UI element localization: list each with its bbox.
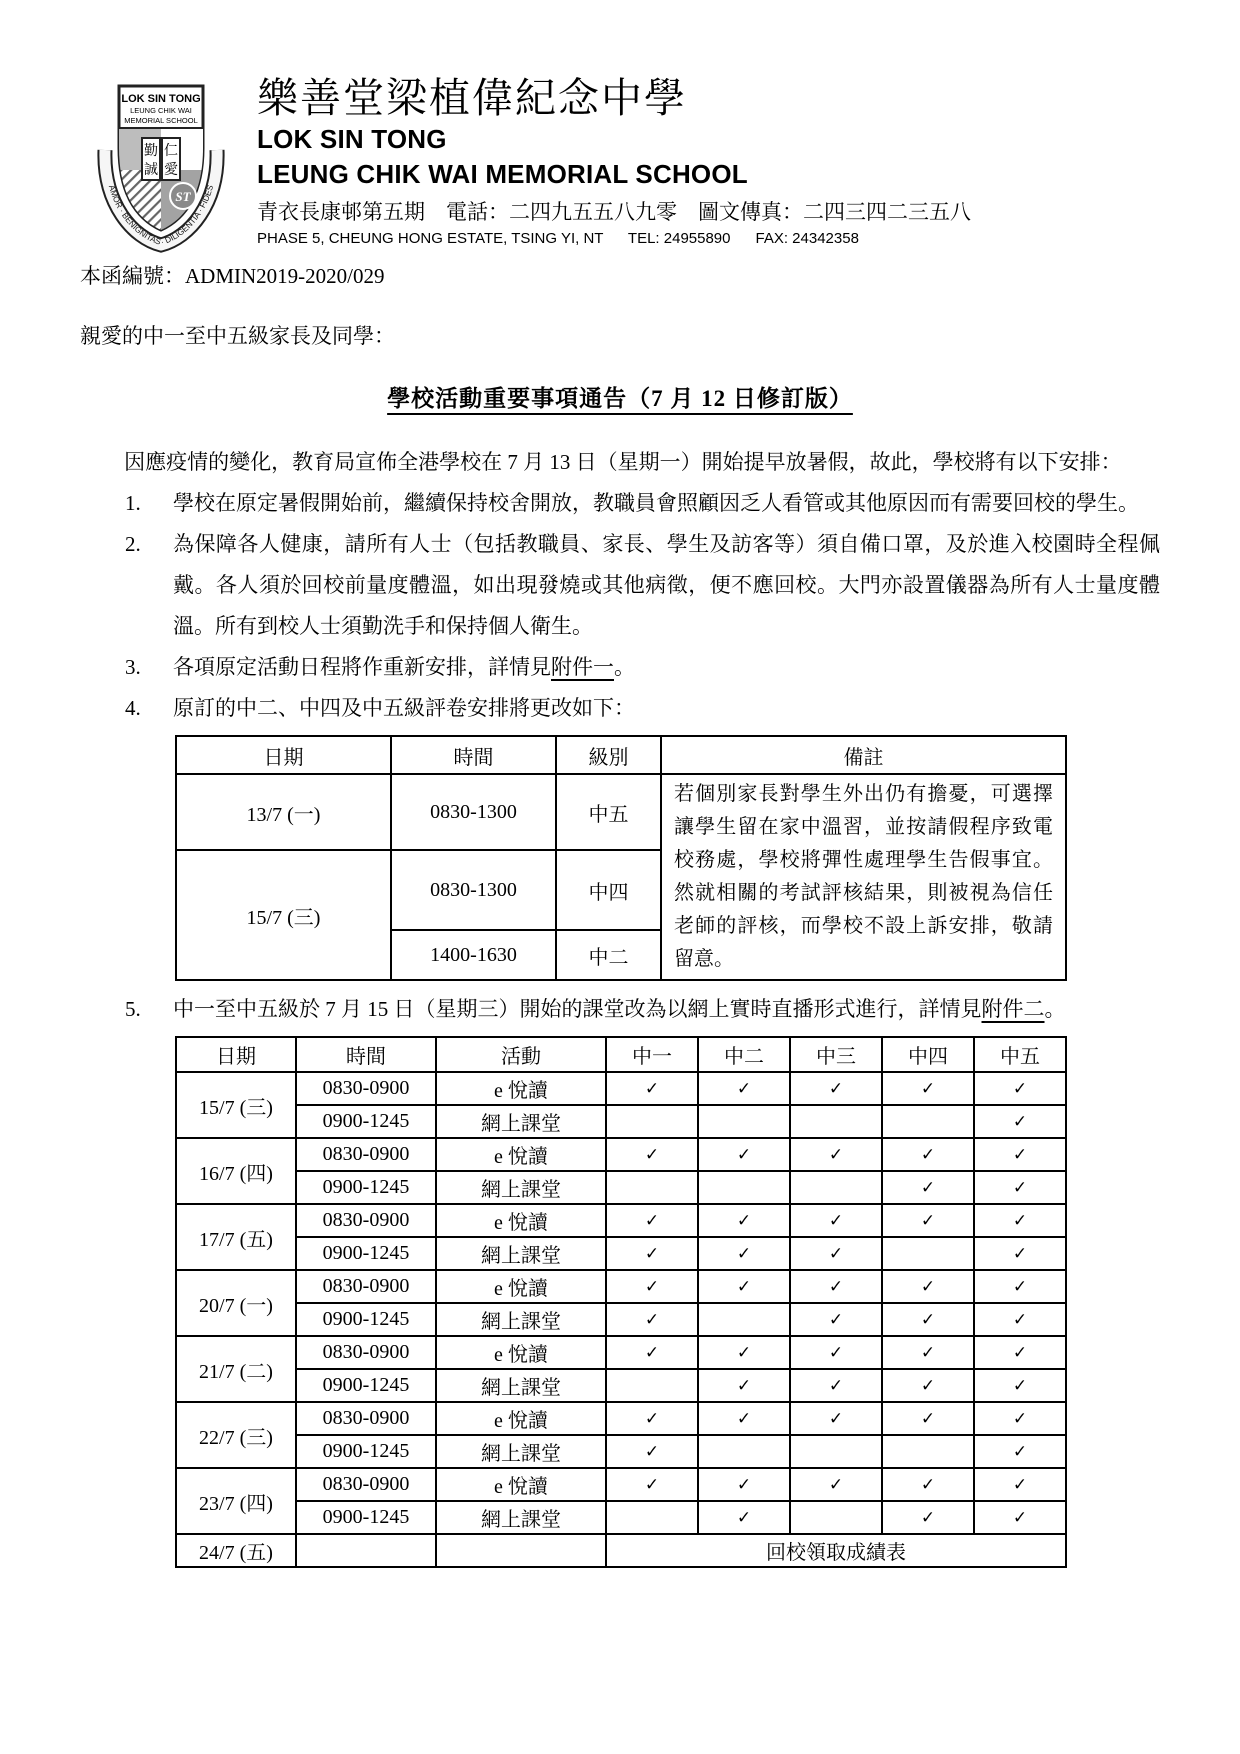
list-item-1: 1. 學校在原定暑假開始前，繼續保持校舍開放，教職員會照顧因乏人看管或其他原因而… bbox=[125, 483, 1160, 524]
item-text-segment: 。 bbox=[614, 655, 635, 679]
time-cell: 0830-0900 bbox=[296, 1138, 436, 1171]
checkmark-cell: ✓ bbox=[974, 1303, 1066, 1336]
item-text: 各項原定活動日程將作重新安排，詳情見附件一。 bbox=[173, 647, 1160, 688]
checkmark-cell: ✓ bbox=[882, 1270, 974, 1303]
table-header-row: 日期時間活動中一中二中三中四中五 bbox=[176, 1037, 1066, 1072]
checkmark-cell: ✓ bbox=[882, 1501, 974, 1534]
attachment-link: 附件二 bbox=[982, 997, 1045, 1021]
checkmark-cell: ✓ bbox=[974, 1501, 1066, 1534]
crest-char-2: 誠 bbox=[144, 162, 158, 178]
crest-text-line2: LEUNG CHIK WAI bbox=[130, 106, 192, 115]
checkmark-cell: ✓ bbox=[882, 1402, 974, 1435]
time-cell: 0900-1245 bbox=[296, 1369, 436, 1402]
item-text: 原訂的中二、中四及中五級評卷安排將更改如下： bbox=[173, 688, 1160, 729]
column-header: 中四 bbox=[882, 1037, 974, 1072]
item-text: 為保障各人健康，請所有人士（包括教職員、家長、學生及訪客等）須自備口罩，及於進入… bbox=[173, 524, 1160, 647]
school-header: LOK SIN TONG LEUNG CHIK WAI MEMORIAL SCH… bbox=[0, 0, 1240, 254]
grade-cell: 中五 bbox=[556, 774, 661, 850]
time-cell: 0900-1245 bbox=[296, 1171, 436, 1204]
item-number: 3. bbox=[125, 647, 173, 688]
time-cell: 0830-0900 bbox=[296, 1204, 436, 1237]
grade-cell: 中二 bbox=[556, 930, 661, 980]
activity-cell: e 悅讀 bbox=[436, 1072, 606, 1105]
activity-cell: e 悅讀 bbox=[436, 1204, 606, 1237]
checkmark-cell: ✓ bbox=[606, 1468, 698, 1501]
item-text-segment: 學校在原定暑假開始前，繼續保持校舍開放，教職員會照顧因乏人看管或其他原因而有需要… bbox=[173, 491, 1139, 515]
date-cell: 15/7 (三) bbox=[176, 1072, 296, 1138]
empty-check-cell bbox=[698, 1171, 790, 1204]
online-lesson-schedule-table: 日期時間活動中一中二中三中四中五 15/7 (三)0830-0900e 悅讀✓✓… bbox=[175, 1036, 1067, 1568]
item-text-segment: 。 bbox=[1045, 997, 1066, 1021]
date-cell: 17/7 (五) bbox=[176, 1204, 296, 1270]
empty-check-cell bbox=[606, 1171, 698, 1204]
activity-cell: e 悅讀 bbox=[436, 1402, 606, 1435]
checkmark-cell: ✓ bbox=[790, 1270, 882, 1303]
school-name-zh: 樂善堂梁植偉紀念中學 bbox=[257, 76, 971, 122]
empty-check-cell bbox=[606, 1105, 698, 1138]
activity-cell: 網上課堂 bbox=[436, 1369, 606, 1402]
time-cell: 0830-0900 bbox=[296, 1468, 436, 1501]
time-cell: 0900-1245 bbox=[296, 1105, 436, 1138]
list-item-4: 4. 原訂的中二、中四及中五級評卷安排將更改如下： bbox=[125, 688, 1160, 729]
crest-char-3: 仁 bbox=[164, 143, 178, 159]
item-number: 5. bbox=[125, 989, 173, 1030]
date-cell: 24/7 (五) bbox=[176, 1534, 296, 1567]
school-name-en-line1: LOK SIN TONG bbox=[257, 122, 971, 157]
schedule-row: 0900-1245網上課堂✓✓✓ bbox=[176, 1501, 1066, 1534]
checkmark-cell: ✓ bbox=[698, 1369, 790, 1402]
schedule-row: 0900-1245網上課堂✓✓✓✓ bbox=[176, 1369, 1066, 1402]
checkmark-cell: ✓ bbox=[882, 1336, 974, 1369]
checkmark-cell: ✓ bbox=[698, 1402, 790, 1435]
crest-char-1: 勤 bbox=[144, 142, 158, 159]
time-cell: 0830-0900 bbox=[296, 1402, 436, 1435]
checkmark-cell: ✓ bbox=[790, 1303, 882, 1336]
school-header-text: 樂善堂梁植偉紀念中學 LOK SIN TONG LEUNG CHIK WAI M… bbox=[257, 76, 971, 247]
empty-check-cell bbox=[790, 1105, 882, 1138]
checkmark-cell: ✓ bbox=[974, 1402, 1066, 1435]
checkmark-cell: ✓ bbox=[974, 1468, 1066, 1501]
activity-cell: 網上課堂 bbox=[436, 1303, 606, 1336]
checkmark-cell: ✓ bbox=[790, 1336, 882, 1369]
empty-check-cell bbox=[882, 1105, 974, 1138]
checkmark-cell: ✓ bbox=[974, 1105, 1066, 1138]
column-header: 日期 bbox=[176, 1037, 296, 1072]
time-cell: 0830-1300 bbox=[391, 850, 556, 930]
checkmark-cell: ✓ bbox=[698, 1270, 790, 1303]
activity-cell bbox=[436, 1534, 606, 1567]
empty-check-cell bbox=[790, 1171, 882, 1204]
activity-cell: 網上課堂 bbox=[436, 1105, 606, 1138]
checkmark-cell: ✓ bbox=[606, 1336, 698, 1369]
assessment-arrangement-table: 日期時間級別備註 13/7 (一)0830-1300中五若個別家長對學生外出仍有… bbox=[175, 735, 1067, 981]
schedule-row: 15/7 (三)0830-0900e 悅讀✓✓✓✓✓ bbox=[176, 1072, 1066, 1105]
schedule-row: 0900-1245網上課堂✓ bbox=[176, 1105, 1066, 1138]
column-header: 時間 bbox=[391, 736, 556, 774]
checkmark-cell: ✓ bbox=[790, 1072, 882, 1105]
time-cell: 0830-0900 bbox=[296, 1270, 436, 1303]
empty-check-cell bbox=[882, 1435, 974, 1468]
remark-cell: 若個別家長對學生外出仍有擔憂，可選擇讓學生留在家中溫習，並按請假程序致電校務處，… bbox=[661, 774, 1066, 980]
item-number: 1. bbox=[125, 483, 173, 524]
schedule-row: 0900-1245網上課堂✓✓✓✓ bbox=[176, 1303, 1066, 1336]
checkmark-cell: ✓ bbox=[698, 1237, 790, 1270]
schedule-row: 0900-1245網上課堂✓✓ bbox=[176, 1171, 1066, 1204]
notice-title: 學校活動重要事項通告（7 月 12 日修訂版） bbox=[387, 386, 853, 411]
checkmark-cell: ✓ bbox=[698, 1072, 790, 1105]
time-cell: 0900-1245 bbox=[296, 1237, 436, 1270]
schedule-row: 0900-1245網上課堂✓✓ bbox=[176, 1435, 1066, 1468]
time-cell: 0830-0900 bbox=[296, 1336, 436, 1369]
time-cell: 1400-1630 bbox=[391, 930, 556, 980]
checkmark-cell: ✓ bbox=[974, 1237, 1066, 1270]
checkmark-cell: ✓ bbox=[606, 1204, 698, 1237]
date-cell: 20/7 (一) bbox=[176, 1270, 296, 1336]
checkmark-cell: ✓ bbox=[606, 1138, 698, 1171]
empty-check-cell bbox=[606, 1369, 698, 1402]
activity-cell: 網上課堂 bbox=[436, 1237, 606, 1270]
item-text-segment: 各項原定活動日程將作重新安排，詳情見 bbox=[173, 655, 551, 679]
checkmark-cell: ✓ bbox=[882, 1369, 974, 1402]
activity-cell: 網上課堂 bbox=[436, 1435, 606, 1468]
date-cell: 22/7 (三) bbox=[176, 1402, 296, 1468]
list-item-5: 5. 中一至中五級於 7 月 15 日（星期三）開始的課堂改為以網上實時直播形式… bbox=[125, 989, 1160, 1030]
item-text-segment: 為保障各人健康，請所有人士（包括教職員、家長、學生及訪客等）須自備口罩，及於進入… bbox=[173, 532, 1160, 638]
item-text: 中一至中五級於 7 月 15 日（星期三）開始的課堂改為以網上實時直播形式進行，… bbox=[173, 989, 1160, 1030]
time-cell: 0900-1245 bbox=[296, 1501, 436, 1534]
crest-text-line3: MEMORIAL SCHOOL bbox=[124, 116, 197, 125]
checkmark-cell: ✓ bbox=[974, 1171, 1066, 1204]
checkmark-cell: ✓ bbox=[974, 1138, 1066, 1171]
intro-paragraph: 因應疫情的變化，教育局宣佈全港學校在 7 月 13 日（星期一）開始提早放暑假，… bbox=[80, 441, 1160, 483]
checkmark-cell: ✓ bbox=[882, 1468, 974, 1501]
school-address-zh: 青衣長康邨第五期 電話：二四九五五八九零 圖文傳真：二四三四二三五八 bbox=[257, 196, 971, 226]
schedule-row: 0900-1245網上課堂✓✓✓✓ bbox=[176, 1237, 1066, 1270]
checkmark-cell: ✓ bbox=[698, 1501, 790, 1534]
empty-check-cell bbox=[790, 1435, 882, 1468]
attachment-link: 附件一 bbox=[551, 655, 614, 679]
empty-check-cell bbox=[698, 1303, 790, 1336]
checkmark-cell: ✓ bbox=[882, 1072, 974, 1105]
checkmark-cell: ✓ bbox=[974, 1072, 1066, 1105]
date-cell: 16/7 (四) bbox=[176, 1138, 296, 1204]
activity-cell: 網上課堂 bbox=[436, 1171, 606, 1204]
activity-cell: e 悅讀 bbox=[436, 1270, 606, 1303]
reference-number: 本函編號：ADMIN2019-2020/029 bbox=[80, 260, 1160, 290]
column-header: 中一 bbox=[606, 1037, 698, 1072]
date-cell: 21/7 (二) bbox=[176, 1336, 296, 1402]
checkmark-cell: ✓ bbox=[882, 1171, 974, 1204]
checkmark-cell: ✓ bbox=[974, 1270, 1066, 1303]
column-header: 日期 bbox=[176, 736, 391, 774]
checkmark-cell: ✓ bbox=[790, 1138, 882, 1171]
school-logo: LOK SIN TONG LEUNG CHIK WAI MEMORIAL SCH… bbox=[95, 76, 227, 254]
checkmark-cell: ✓ bbox=[790, 1237, 882, 1270]
checkmark-cell: ✓ bbox=[606, 1402, 698, 1435]
list-item-2: 2. 為保障各人健康，請所有人士（包括教職員、家長、學生及訪客等）須自備口罩，及… bbox=[125, 524, 1160, 647]
checkmark-cell: ✓ bbox=[790, 1204, 882, 1237]
empty-check-cell bbox=[698, 1435, 790, 1468]
schedule-row: 16/7 (四)0830-0900e 悅讀✓✓✓✓✓ bbox=[176, 1138, 1066, 1171]
time-cell: 0830-1300 bbox=[391, 774, 556, 850]
checkmark-cell: ✓ bbox=[698, 1138, 790, 1171]
notice-page: LOK SIN TONG LEUNG CHIK WAI MEMORIAL SCH… bbox=[0, 0, 1240, 1754]
column-header: 時間 bbox=[296, 1037, 436, 1072]
schedule-row: 17/7 (五)0830-0900e 悅讀✓✓✓✓✓ bbox=[176, 1204, 1066, 1237]
schedule-row: 23/7 (四)0830-0900e 悅讀✓✓✓✓✓ bbox=[176, 1468, 1066, 1501]
crest-text-line1: LOK SIN TONG bbox=[121, 93, 200, 105]
checkmark-cell: ✓ bbox=[698, 1468, 790, 1501]
activity-cell: e 悅讀 bbox=[436, 1138, 606, 1171]
item-number: 4. bbox=[125, 688, 173, 729]
checkmark-cell: ✓ bbox=[606, 1435, 698, 1468]
school-crest-icon: LOK SIN TONG LEUNG CHIK WAI MEMORIAL SCH… bbox=[95, 76, 227, 254]
crest-monogram: ST bbox=[175, 189, 191, 204]
activity-cell: e 悅讀 bbox=[436, 1336, 606, 1369]
checkmark-cell: ✓ bbox=[790, 1468, 882, 1501]
checkmark-cell: ✓ bbox=[882, 1138, 974, 1171]
note-cell: 回校領取成績表 bbox=[606, 1534, 1066, 1567]
school-name-en-line2: LEUNG CHIK WAI MEMORIAL SCHOOL bbox=[257, 157, 971, 192]
empty-check-cell bbox=[606, 1501, 698, 1534]
date-cell: 15/7 (三) bbox=[176, 850, 391, 980]
checkmark-cell: ✓ bbox=[882, 1303, 974, 1336]
column-header: 級別 bbox=[556, 736, 661, 774]
school-address-en: PHASE 5, CHEUNG HONG ESTATE, TSING YI, N… bbox=[257, 230, 971, 247]
checkmark-cell: ✓ bbox=[606, 1303, 698, 1336]
column-header: 活動 bbox=[436, 1037, 606, 1072]
item-text-segment: 中一至中五級於 7 月 15 日（星期三）開始的課堂改為以網上實時直播形式進行，… bbox=[173, 997, 982, 1021]
column-header: 中三 bbox=[790, 1037, 882, 1072]
checkmark-cell: ✓ bbox=[606, 1072, 698, 1105]
checkmark-cell: ✓ bbox=[882, 1204, 974, 1237]
activity-cell: 網上課堂 bbox=[436, 1501, 606, 1534]
activity-cell: e 悅讀 bbox=[436, 1468, 606, 1501]
checkmark-cell: ✓ bbox=[974, 1369, 1066, 1402]
column-header: 中二 bbox=[698, 1037, 790, 1072]
time-cell: 0830-0900 bbox=[296, 1072, 436, 1105]
schedule-row: 22/7 (三)0830-0900e 悅讀✓✓✓✓✓ bbox=[176, 1402, 1066, 1435]
checkmark-cell: ✓ bbox=[698, 1204, 790, 1237]
item-text: 學校在原定暑假開始前，繼續保持校舍開放，教職員會照顧因乏人看管或其他原因而有需要… bbox=[173, 483, 1160, 524]
item-text-segment: 原訂的中二、中四及中五級評卷安排將更改如下： bbox=[173, 696, 635, 720]
list-item-3: 3. 各項原定活動日程將作重新安排，詳情見附件一。 bbox=[125, 647, 1160, 688]
schedule-row: 20/7 (一)0830-0900e 悅讀✓✓✓✓✓ bbox=[176, 1270, 1066, 1303]
greeting: 親愛的中一至中五級家長及同學： bbox=[80, 320, 1160, 350]
title-row: 學校活動重要事項通告（7 月 12 日修訂版） bbox=[0, 380, 1240, 413]
checkmark-cell: ✓ bbox=[974, 1336, 1066, 1369]
checkmark-cell: ✓ bbox=[606, 1270, 698, 1303]
column-header: 備註 bbox=[661, 736, 1066, 774]
checkmark-cell: ✓ bbox=[974, 1204, 1066, 1237]
crest-char-4: 愛 bbox=[164, 162, 178, 178]
empty-check-cell bbox=[698, 1105, 790, 1138]
checkmark-cell: ✓ bbox=[698, 1336, 790, 1369]
time-cell: 0900-1245 bbox=[296, 1435, 436, 1468]
schedule-final-row: 24/7 (五)回校領取成績表 bbox=[176, 1534, 1066, 1567]
checkmark-cell: ✓ bbox=[790, 1369, 882, 1402]
checkmark-cell: ✓ bbox=[790, 1402, 882, 1435]
item-number: 2. bbox=[125, 524, 173, 647]
time-cell: 0900-1245 bbox=[296, 1303, 436, 1336]
grade-cell: 中四 bbox=[556, 850, 661, 930]
empty-check-cell bbox=[790, 1501, 882, 1534]
date-cell: 23/7 (四) bbox=[176, 1468, 296, 1534]
empty-check-cell bbox=[882, 1237, 974, 1270]
column-header: 中五 bbox=[974, 1037, 1066, 1072]
table-header-row: 日期時間級別備註 bbox=[176, 736, 1066, 774]
schedule-row: 21/7 (二)0830-0900e 悅讀✓✓✓✓✓ bbox=[176, 1336, 1066, 1369]
date-cell: 13/7 (一) bbox=[176, 774, 391, 850]
checkmark-cell: ✓ bbox=[974, 1435, 1066, 1468]
time-cell bbox=[296, 1534, 436, 1567]
assessment-row: 13/7 (一)0830-1300中五若個別家長對學生外出仍有擔憂，可選擇讓學生… bbox=[176, 774, 1066, 850]
checkmark-cell: ✓ bbox=[606, 1237, 698, 1270]
